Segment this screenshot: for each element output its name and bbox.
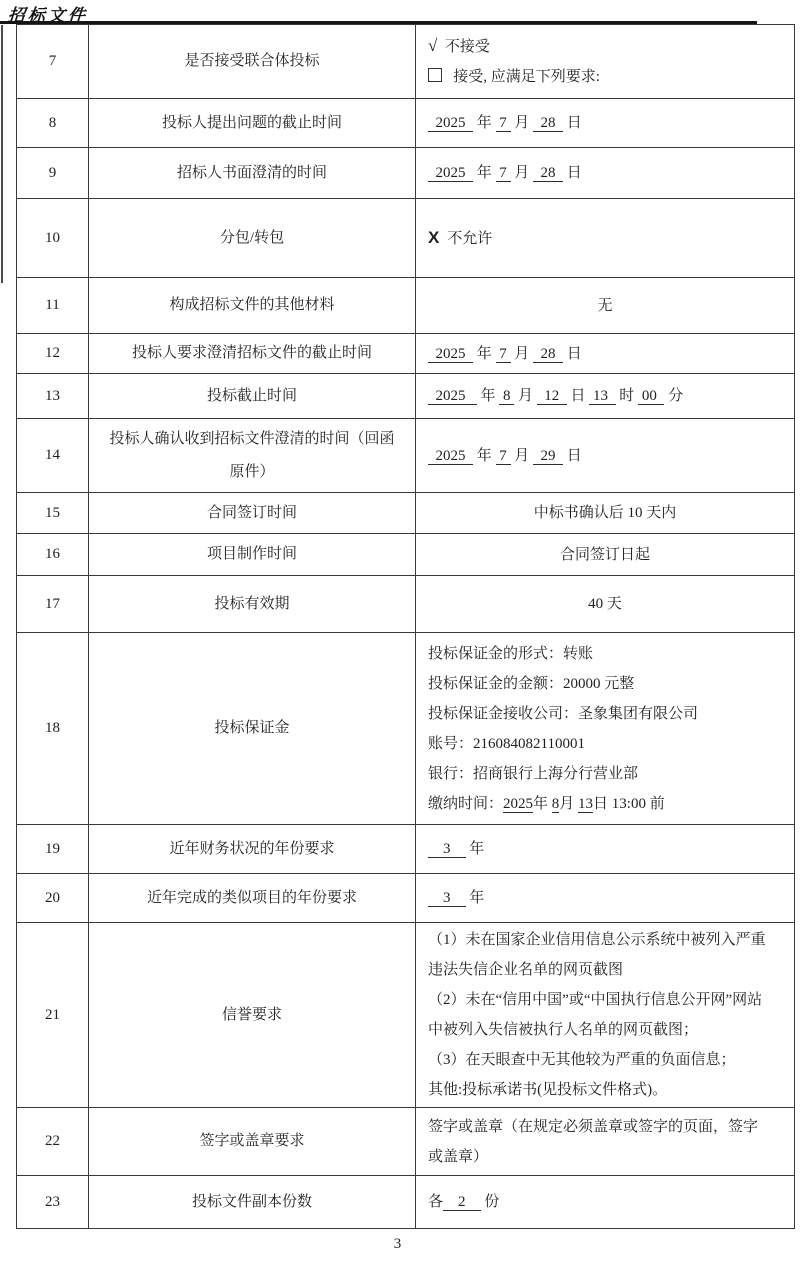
value-text: 年 [473, 448, 496, 464]
value-text: 2 [443, 1194, 481, 1211]
row-number-cell: 8 [17, 99, 89, 147]
row-label-cell: 投标人提出问题的截止时间 [89, 99, 416, 147]
value-text: 8 [499, 388, 514, 405]
table-row: 22签字或盖章要求签字或盖章（在规定必须盖章或签字的页面，签字或盖章） [17, 1108, 794, 1176]
value-text: 28 [533, 346, 563, 363]
value-text: 7 [496, 115, 511, 132]
value-text: 日 [567, 388, 590, 404]
row-label-cell: 投标有效期 [89, 576, 416, 632]
value-text: 违法失信企业名单的网页截图 [428, 962, 623, 978]
value-text: 3 [428, 841, 466, 858]
table-row: 9招标人书面澄清的时间 2025 年 7 月 28 日 [17, 148, 794, 199]
table-row: 8投标人提出问题的截止时间 2025 年 7 月 28 日 [17, 99, 794, 148]
row-label-cell: 投标截止时间 [89, 374, 416, 418]
value-text: 投标保证金接收公司：圣象集团有限公司 [428, 706, 698, 722]
row-number-cell: 19 [17, 825, 89, 873]
row-value-cell: （1）未在国家企业信用信息公示系统中被列入严重违法失信企业名单的网页截图（2）未… [416, 923, 794, 1107]
row-label-cell: 项目制作时间 [89, 534, 416, 575]
bid-parameters-table: 7是否接受联合体投标√ 不接受 接受, 应满足下列要求:8投标人提出问题的截止时… [16, 24, 795, 1229]
row-label-cell: 构成招标文件的其他材料 [89, 278, 416, 333]
value-text: 中标书确认后 10 天内 [534, 505, 677, 521]
value-text: 中被列入失信被执行人名单的网页截图； [428, 1022, 698, 1038]
row-number-cell: 18 [17, 633, 89, 824]
value-text: 年 [477, 388, 500, 404]
table-row: 15合同签订时间中标书确认后 10 天内 [17, 493, 794, 534]
value-text: 2025 [428, 448, 473, 465]
row-number-cell: 20 [17, 874, 89, 922]
value-text: 3 [428, 890, 466, 907]
row-number-cell: 15 [17, 493, 89, 533]
value-text: （1）未在国家企业信用信息公示系统中被列入严重 [428, 932, 766, 948]
row-value-cell: 签字或盖章（在规定必须盖章或签字的页面，签字或盖章） [416, 1108, 794, 1175]
value-text: 其他:投标承诺书(见投标文件格式)。 [428, 1082, 667, 1098]
page-number: 3 [16, 1236, 779, 1253]
row-label-cell: 投标文件副本份数 [89, 1176, 416, 1228]
value-text: 2025 [503, 796, 533, 813]
value-text: 年 [473, 115, 496, 131]
checkbox-empty-icon [428, 68, 442, 82]
table-row: 20近年完成的类似项目的年份要求 3 年 [17, 874, 794, 923]
row-value-cell: 无 [416, 278, 794, 333]
table-row: 18投标保证金投标保证金的形式：转账投标保证金的金额：20000 元整投标保证金… [17, 633, 794, 825]
value-text: 年 [533, 796, 552, 812]
row-value-cell: √ 不接受 接受, 应满足下列要求: [416, 25, 794, 98]
row-number-cell: 10 [17, 199, 89, 277]
value-text: 银行：招商银行上海分行营业部 [428, 766, 638, 782]
row-number-cell: 16 [17, 534, 89, 575]
row-label-cell: 近年完成的类似项目的年份要求 [89, 874, 416, 922]
value-text: 月 [511, 346, 534, 362]
value-text: 12 [537, 388, 567, 405]
table-row: 7是否接受联合体投标√ 不接受 接受, 应满足下列要求: [17, 25, 794, 99]
value-text: 不允许 [440, 231, 493, 247]
row-number-cell: 14 [17, 419, 89, 492]
row-label-cell: 合同签订时间 [89, 493, 416, 533]
value-text: 接受, 应满足下列要求: [442, 69, 600, 85]
table-row: 19近年财务状况的年份要求 3 年 [17, 825, 794, 874]
row-number-cell: 21 [17, 923, 89, 1107]
row-number-cell: 7 [17, 25, 89, 98]
value-text: 时 [616, 388, 639, 404]
value-text: 分 [664, 388, 683, 404]
value-text: 7 [496, 165, 511, 182]
row-number-cell: 17 [17, 576, 89, 632]
row-value-cell: 各 2 份 [416, 1176, 794, 1228]
value-text: 年 [473, 346, 496, 362]
table-row: 21信誉要求（1）未在国家企业信用信息公示系统中被列入严重违法失信企业名单的网页… [17, 923, 794, 1108]
table-row: 11构成招标文件的其他材料无 [17, 278, 794, 334]
value-text: 29 [533, 448, 563, 465]
value-text: 月 [511, 165, 534, 181]
value-text: 2025 [428, 165, 473, 182]
value-text: 年 [466, 841, 485, 857]
row-label-cell: 投标人确认收到招标文件澄清的时间（回函原件） [89, 419, 416, 492]
value-text: 账号：216084082110001 [428, 736, 585, 752]
row-number-cell: 22 [17, 1108, 89, 1175]
row-value-cell: 2025 年 7 月 28 日 [416, 148, 794, 198]
table-row: 14投标人确认收到招标文件澄清的时间（回函原件） 2025 年 7 月 29 日 [17, 419, 794, 493]
row-label-cell: 是否接受联合体投标 [89, 25, 416, 98]
row-value-cell: 投标保证金的形式：转账投标保证金的金额：20000 元整投标保证金接收公司：圣象… [416, 633, 794, 824]
value-text: 份 [481, 1194, 500, 1210]
row-number-cell: 9 [17, 148, 89, 198]
value-text: 各 [428, 1194, 443, 1210]
value-text: 28 [533, 165, 563, 182]
value-text: 月 [514, 388, 537, 404]
value-text: 13 [589, 388, 615, 405]
scan-artifact-line [1, 25, 3, 283]
table-row: 10分包/转包X 不允许 [17, 199, 794, 278]
value-text: 7 [496, 346, 511, 363]
value-text: （2）未在“信用中国”或“中国执行信息公开网”网站 [428, 992, 762, 1008]
value-text: 40 天 [588, 596, 622, 612]
row-label-cell: 投标保证金 [89, 633, 416, 824]
value-text: 日 13:00 前 [593, 796, 665, 812]
row-number-cell: 13 [17, 374, 89, 418]
x-mark-icon: X [428, 228, 440, 247]
value-text: 投标保证金的金额：20000 元整 [428, 676, 634, 692]
row-label-cell: 近年财务状况的年份要求 [89, 825, 416, 873]
value-text: 日 [563, 115, 582, 131]
table-row: 12投标人要求澄清招标文件的截止时间 2025 年 7 月 28 日 [17, 334, 794, 374]
value-text: 2025 [428, 388, 477, 405]
value-text: 日 [563, 448, 582, 464]
table-row: 16项目制作时间合同签订日起 [17, 534, 794, 576]
value-text: 月 [559, 796, 578, 812]
value-text: 00 [638, 388, 664, 405]
row-value-cell: 中标书确认后 10 天内 [416, 493, 794, 533]
value-text: （3）在天眼查中无其他较为严重的负面信息； [428, 1052, 736, 1068]
row-number-cell: 12 [17, 334, 89, 373]
value-text: 28 [533, 115, 563, 132]
row-value-cell: 2025 年 7 月 29 日 [416, 419, 794, 492]
value-text: 13 [578, 796, 593, 813]
row-value-cell: 3 年 [416, 825, 794, 873]
row-number-cell: 23 [17, 1176, 89, 1228]
check-mark-icon: √ [428, 36, 437, 55]
value-text: 2025 [428, 346, 473, 363]
table-row: 13投标截止时间 2025 年 8 月 12 日 13 时 00 分 [17, 374, 794, 419]
row-label-cell: 分包/转包 [89, 199, 416, 277]
value-text: 年 [466, 890, 485, 906]
value-text: 投标保证金的形式：转账 [428, 646, 593, 662]
document-page: 招标文件 7是否接受联合体投标√ 不接受 接受, 应满足下列要求:8投标人提出问… [0, 0, 800, 1264]
value-text: 不接受 [437, 39, 490, 55]
value-text: 日 [563, 165, 582, 181]
row-label-cell: 签字或盖章要求 [89, 1108, 416, 1175]
value-text: 缴纳时间： [428, 796, 503, 812]
value-text: 签字或盖章（在规定必须盖章或签字的页面，签字 [428, 1119, 758, 1135]
value-text: 月 [511, 115, 534, 131]
row-number-cell: 11 [17, 278, 89, 333]
row-label-cell: 招标人书面澄清的时间 [89, 148, 416, 198]
table-row: 17投标有效期40 天 [17, 576, 794, 633]
value-text: 7 [496, 448, 511, 465]
value-text: 2025 [428, 115, 473, 132]
value-text: 无 [597, 298, 612, 314]
value-text: 日 [563, 346, 582, 362]
row-label-cell: 信誉要求 [89, 923, 416, 1107]
value-text: 年 [473, 165, 496, 181]
row-value-cell: X 不允许 [416, 199, 794, 277]
row-value-cell: 2025 年 8 月 12 日 13 时 00 分 [416, 374, 794, 418]
row-value-cell: 40 天 [416, 576, 794, 632]
row-value-cell: 2025 年 7 月 28 日 [416, 334, 794, 373]
row-value-cell: 3 年 [416, 874, 794, 922]
value-text: 月 [511, 448, 534, 464]
row-label-cell: 投标人要求澄清招标文件的截止时间 [89, 334, 416, 373]
value-text: 或盖章） [428, 1149, 488, 1165]
value-text: 合同签订日起 [560, 547, 650, 563]
row-value-cell: 2025 年 7 月 28 日 [416, 99, 794, 147]
row-value-cell: 合同签订日起 [416, 534, 794, 575]
table-row: 23投标文件副本份数各 2 份 [17, 1176, 794, 1229]
